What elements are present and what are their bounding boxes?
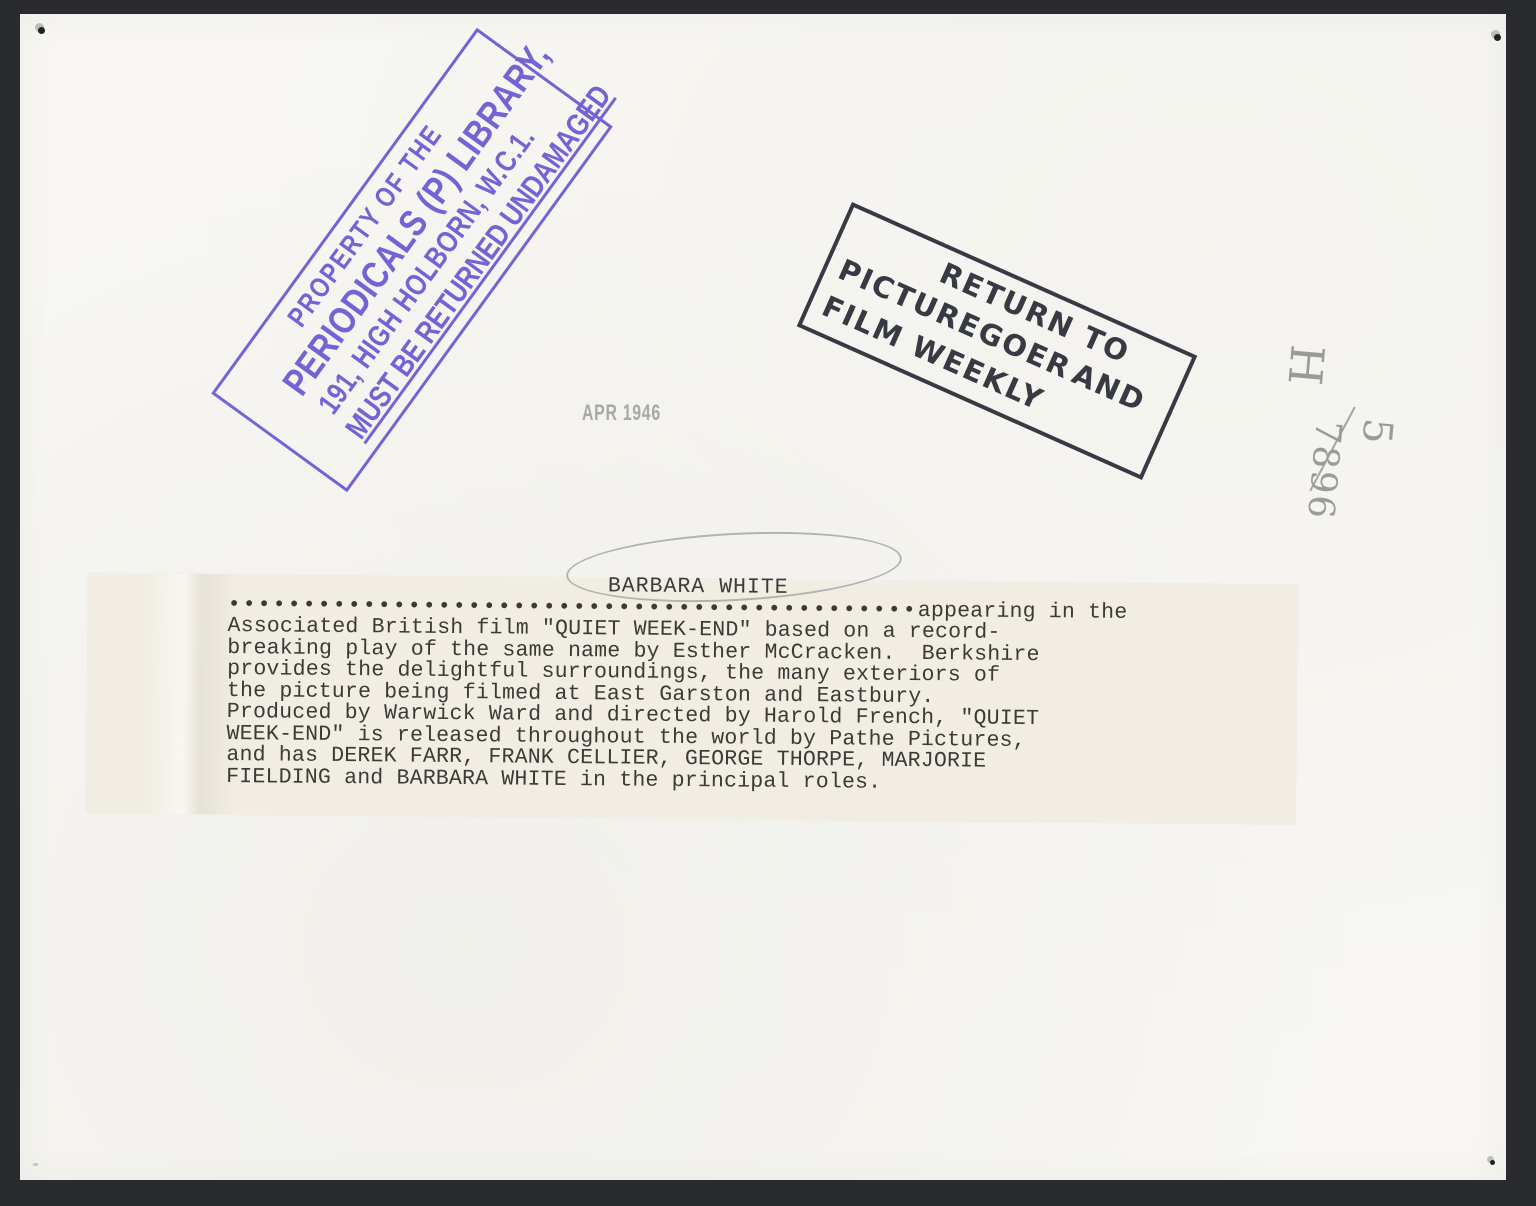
pinhole-mark: [1490, 1160, 1495, 1165]
pencil-denominator: 7896: [1299, 419, 1349, 522]
scuff-mark: [33, 1163, 38, 1166]
pencil-annotation: H 5 7896: [1280, 330, 1420, 520]
pinhole-mark: [38, 27, 45, 34]
caption-text: BARBARA WHITE•••••••••••••••••••••••••••…: [226, 573, 1128, 796]
pencil-letter: H: [1277, 343, 1334, 388]
pencil-numerator: 5: [1353, 416, 1401, 445]
pinhole-mark: [1494, 34, 1501, 41]
date-stamp: APR 1946: [582, 400, 661, 426]
stamp-line: AND: [1067, 356, 1151, 418]
